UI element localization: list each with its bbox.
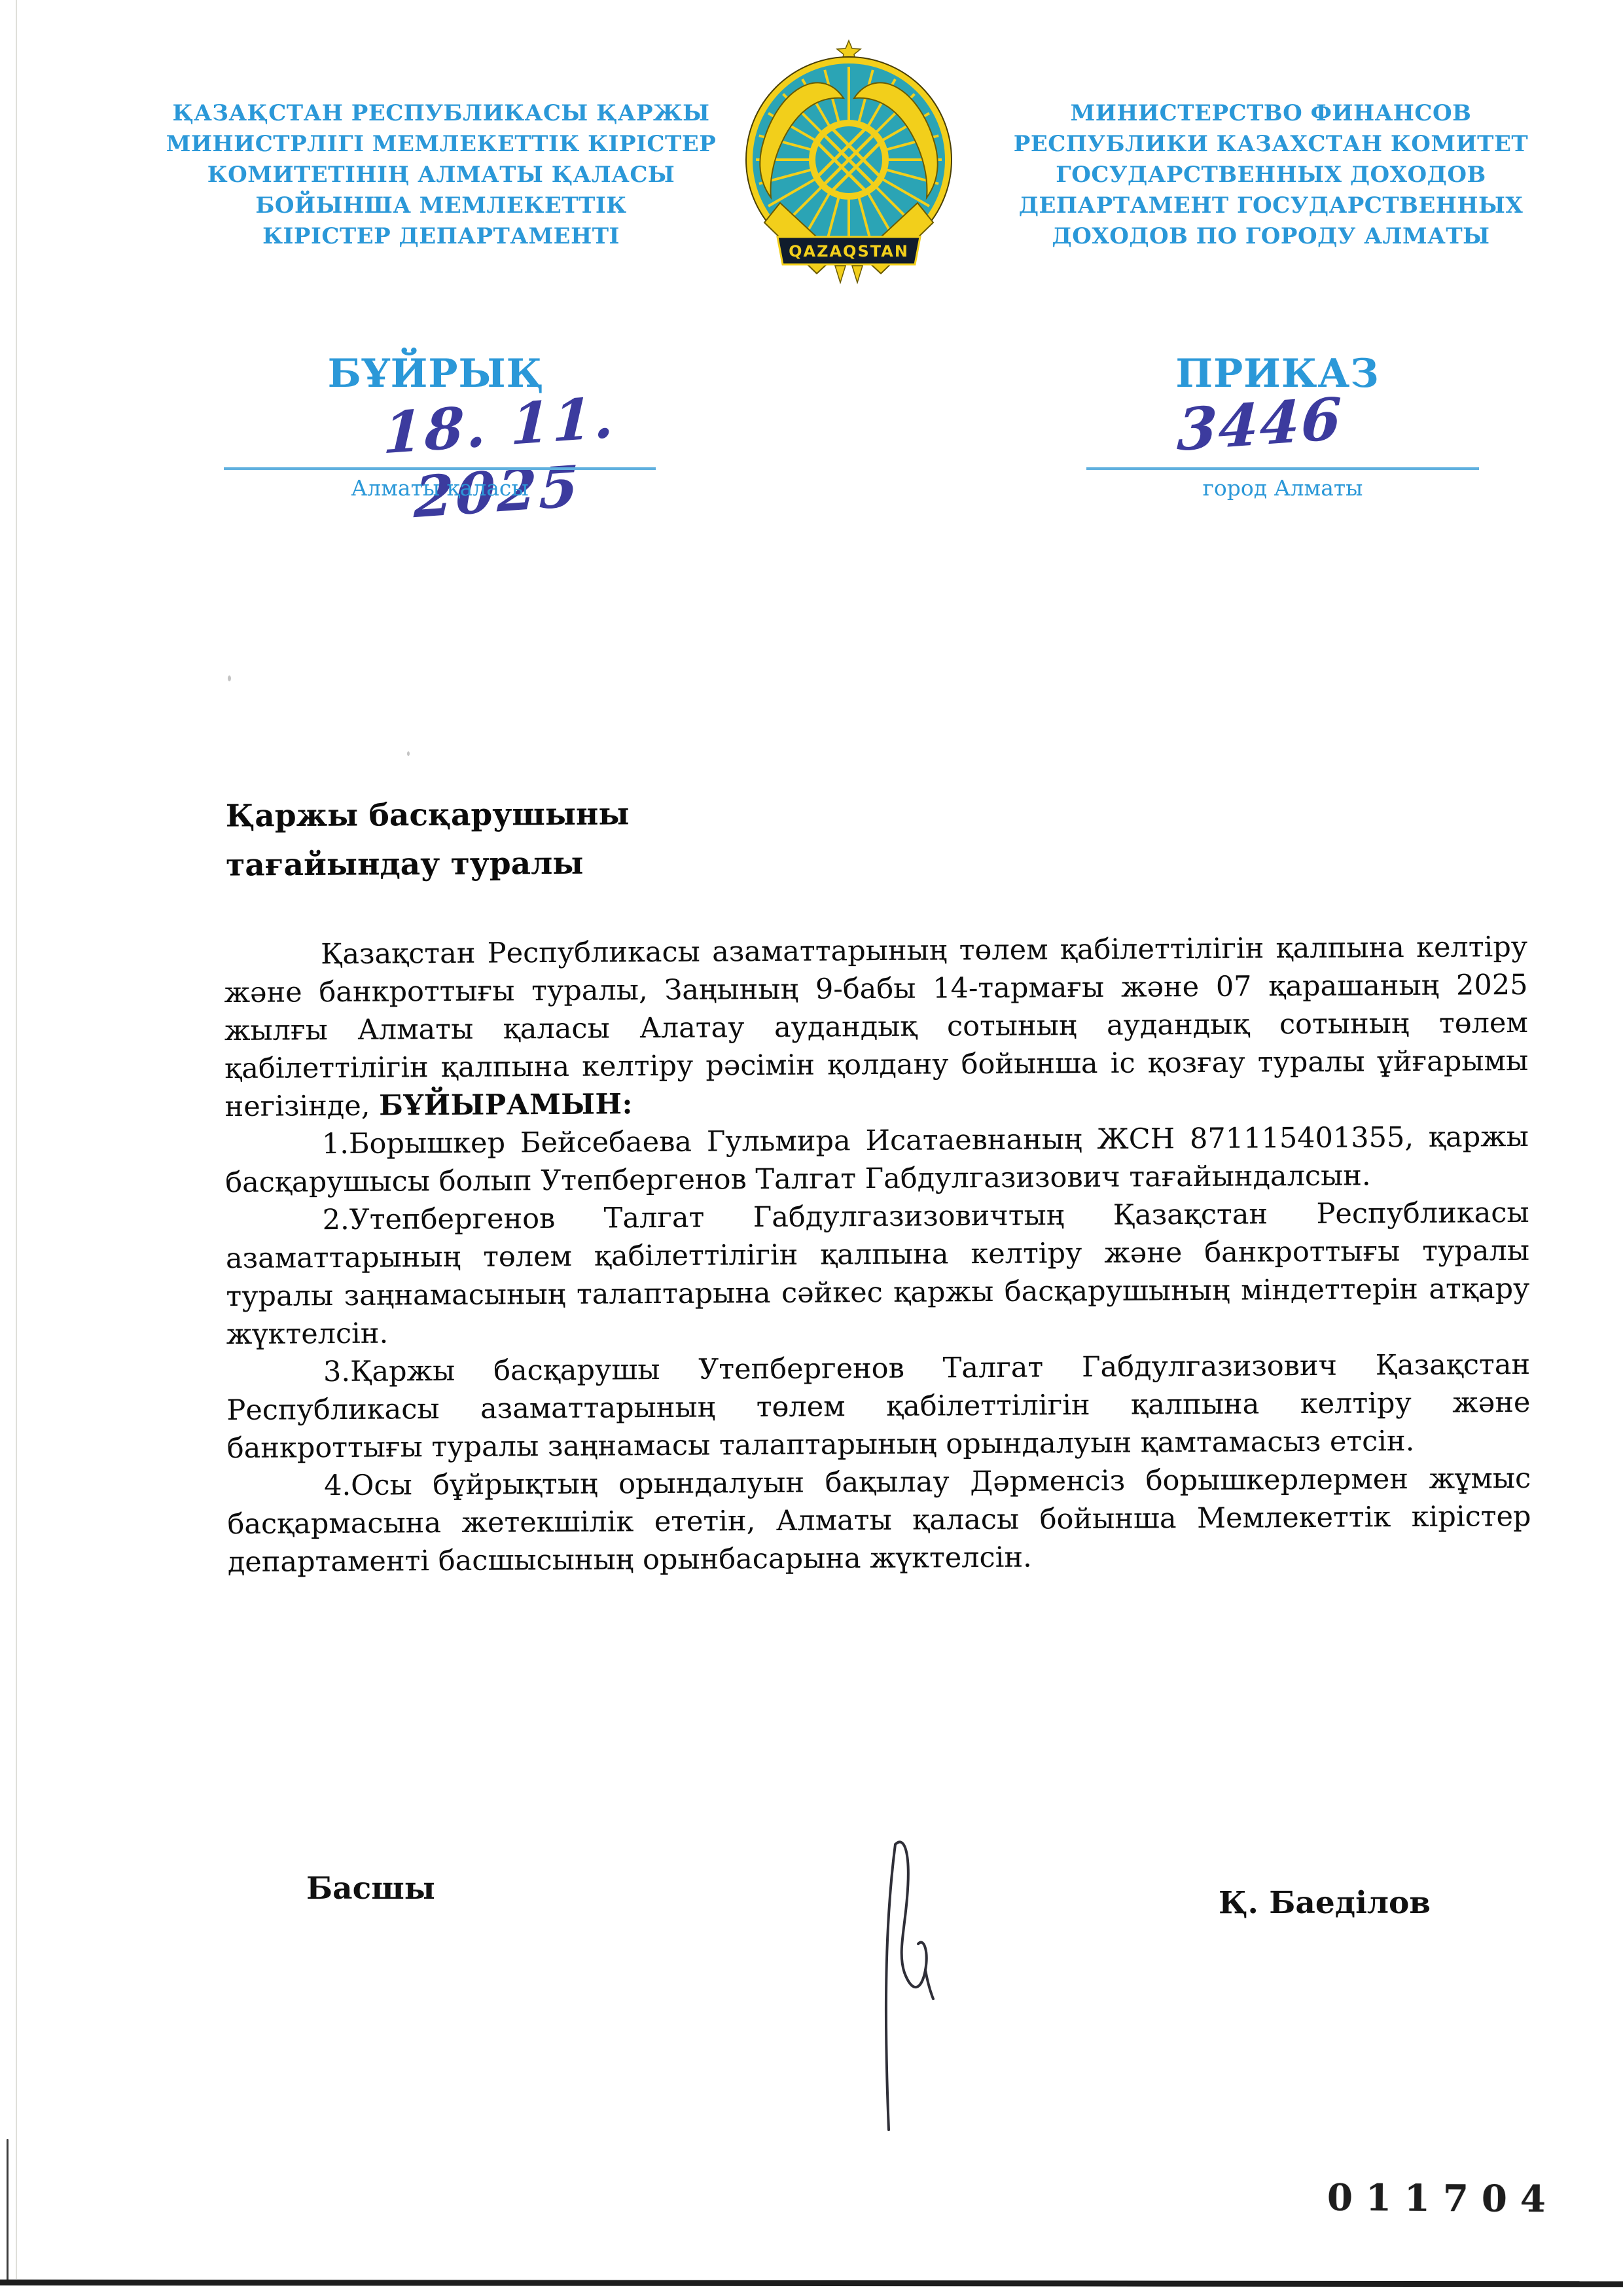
- scan-bottom-edge: [0, 2280, 1623, 2287]
- kazakhstan-coat-of-arms-icon: QAZAQSTAN: [737, 38, 961, 289]
- scan-edge-line: [16, 0, 17, 2279]
- order-item-1: 1.Борышкер Бейсебаева Гульмира Исатаевна…: [225, 1118, 1529, 1202]
- org-ru-line: ДЕПАРТАМЕНТ ГОСУДАРСТВЕННЫХ: [1003, 190, 1539, 221]
- date-underline: [224, 467, 656, 470]
- scan-edge-dark: [7, 2139, 9, 2280]
- org-kk-line: МИНИСТРЛІГІ МЕМЛЕКЕТТІК КІРІСТЕР: [149, 129, 733, 160]
- place-label-russian: город Алматы: [1086, 475, 1479, 501]
- org-kk-line: ҚАЗАҚСТАН РЕСПУБЛИКАСЫ ҚАРЖЫ: [149, 98, 733, 129]
- org-name-russian: МИНИСТЕРСТВО ФИНАНСОВ РЕСПУБЛИКИ КАЗАХСТ…: [1003, 98, 1539, 252]
- order-item-3: 3.Қаржы басқарушы Утепбергенов Талгат Га…: [226, 1346, 1531, 1467]
- emblem-banner-text: QAZAQSTAN: [789, 242, 909, 260]
- document-page: ҚАЗАҚСТАН РЕСПУБЛИКАСЫ ҚАРЖЫ МИНИСТРЛІГІ…: [0, 0, 1623, 2296]
- resolve-word: БҰЙЫРАМЫН:: [379, 1088, 633, 1122]
- org-ru-line: МИНИСТЕРСТВО ФИНАНСОВ: [1003, 98, 1539, 129]
- place-label-kazakh: Алматы қаласы: [224, 475, 656, 501]
- preamble-paragraph: Қазақстан Республикасы азаматтарының төл…: [224, 928, 1529, 1126]
- org-ru-line: ДОХОДОВ ПО ГОРОДУ АЛМАТЫ: [1003, 221, 1539, 252]
- org-name-kazakh: ҚАЗАҚСТАН РЕСПУБЛИКАСЫ ҚАРЖЫ МИНИСТРЛІГІ…: [149, 98, 733, 252]
- order-body: Қазақстан Республикасы азаматтарының төл…: [224, 928, 1531, 1581]
- scan-speck: [228, 675, 231, 681]
- org-kk-line: БОЙЫНША МЕМЛЕКЕТТІК: [149, 190, 733, 221]
- stamp-number: 011704: [1327, 2176, 1559, 2221]
- order-item-4: 4.Осы бұйрықтың орындалуын бақылау Дәрме…: [227, 1460, 1531, 1581]
- number-underline: [1086, 467, 1479, 470]
- signer-position-label: Басшы: [306, 1871, 435, 1907]
- org-ru-line: ГОСУДАРСТВЕННЫХ ДОХОДОВ: [1003, 160, 1539, 190]
- scan-speck: [407, 751, 410, 756]
- signature-ink: [855, 1830, 953, 2140]
- order-subject: Қаржы басқарушыны тағайындау туралы: [226, 789, 630, 889]
- org-kk-line: КІРІСТЕР ДЕПАРТАМЕНТІ: [149, 221, 733, 252]
- handwritten-order-number: 3446: [1151, 382, 1369, 466]
- subject-line: Қаржы басқарушыны: [226, 789, 630, 840]
- org-ru-line: РЕСПУБЛИКИ КАЗАХСТАН КОМИТЕТ: [1003, 129, 1539, 160]
- handwritten-date: 18. 11. 2025: [320, 380, 677, 538]
- signer-name: Қ. Баеділов: [1219, 1885, 1431, 1921]
- subject-line: тағайындау туралы: [226, 838, 630, 889]
- org-kk-line: КОМИТЕТІНІҢ АЛМАТЫ ҚАЛАСЫ: [149, 160, 733, 190]
- order-item-2: 2.Утепбергенов Талгат Габдулгазизовичтың…: [225, 1194, 1529, 1354]
